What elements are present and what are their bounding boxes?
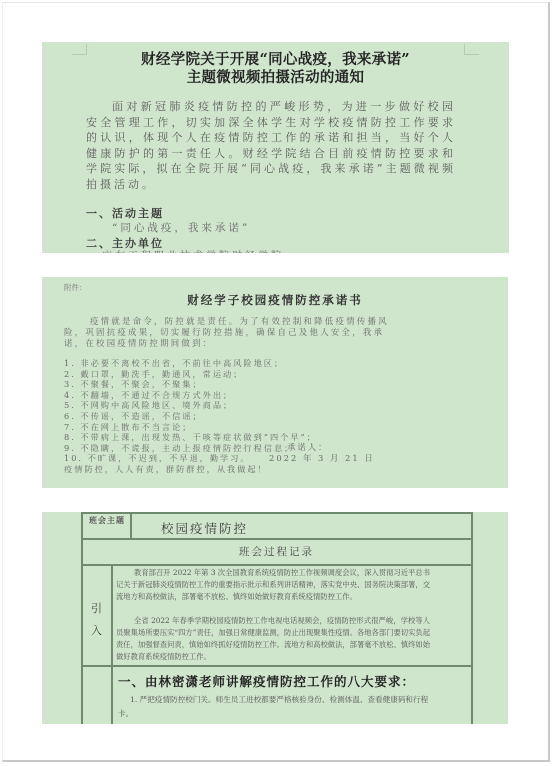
pledge-slogan: 疫情防控，人人有责，群防群控，从我做起！ — [64, 464, 317, 475]
table-divider — [81, 665, 472, 667]
notice-panel: 财经学院关于开展“同心战疫，我来承诺” 主题微视频拍摄活动的通知 面对新冠肺炎疫… — [42, 42, 509, 253]
intro-paragraph-2: 全省 2022 年春季学期校园疫情防控工作电视电话视频会，疫情防控形式很严峻，学… — [116, 615, 430, 663]
table-divider — [81, 538, 472, 540]
requirement-1: 1. 严把疫情防控校门关。师生员工进校都要严格核验身份、检测体温、查看健康码和行… — [118, 693, 430, 721]
notice-title-line1: 财经学院关于开展“同心战疫，我来承诺” — [42, 51, 509, 69]
notice-body: 面对新冠肺炎疫情防控的严峻形势，为进一步做好校园安全管理工作，切实加深全体学生对… — [86, 99, 456, 193]
intro-label-1: 引 — [91, 600, 102, 616]
pledge-item: 8. 不带病上课，出现发热、干咳等症状做到“四个早”； — [64, 432, 317, 443]
intro-paragraph-1: 教育部召开 2022 年第 3 次全国教育系统疫情防控工作视频调度会议，深入贯彻… — [116, 567, 430, 603]
pledge-item: 6. 不传谣，不造谣，不信谣； — [64, 411, 317, 422]
intro-label-2: 入 — [91, 622, 102, 638]
pledge-item: 2. 戴口罩，勤洗手，勤通风，常运动； — [64, 369, 317, 380]
pledge-item: 5. 不网购中高风险地区、境外商品； — [64, 400, 317, 411]
pledge-item: 3. 不聚餐，不聚会，不聚集； — [64, 379, 317, 390]
pledge-date: 2022 年 3 月 21 日 — [269, 452, 375, 464]
pledge-intro: 疫情就是命令，防控就是责任。为了有效控制和降低疫情传播风险，巩固抗疫成果，切实履… — [64, 316, 394, 350]
requirements-heading: 一、由林密潇老师讲解疫情防控工作的八大要求： — [118, 672, 415, 690]
meeting-record-panel: 班会主题 校园疫情防控 班会过程记录 引 入 教育部召开 2022 年第 3 次… — [42, 512, 508, 724]
table-divider — [130, 512, 132, 538]
pledge-item: 7. 不在网上散布不当言论； — [64, 422, 317, 433]
pledge-panel: 附件： 财经学子校园疫情防控承诺书 疫情就是命令，防控就是责任。为了有效控制和降… — [42, 277, 508, 488]
section2-content: 广东工程职业技术学院财经学院 — [102, 247, 284, 253]
record-header: 班会过程记录 — [81, 544, 472, 559]
table-divider — [111, 564, 113, 724]
pledge-title: 财经学子校园疫情防控承诺书 — [42, 292, 508, 308]
table-divider — [81, 564, 472, 566]
theme-value: 校园疫情防控 — [161, 519, 248, 537]
theme-label: 班会主题 — [89, 515, 125, 526]
section1-heading: 一、活动主题 — [86, 205, 164, 221]
table-border — [81, 512, 472, 514]
pledge-item: 4. 不翻墙，不通过不合规方式外出； — [64, 390, 317, 401]
section1-content: “同心战疫，我来承诺” — [112, 220, 250, 235]
notice-title-line2: 主题微视频拍摄活动的通知 — [42, 69, 509, 87]
pledge-item: 1. 非必要不离校不出省，不前往中高风险地区； — [64, 358, 317, 369]
